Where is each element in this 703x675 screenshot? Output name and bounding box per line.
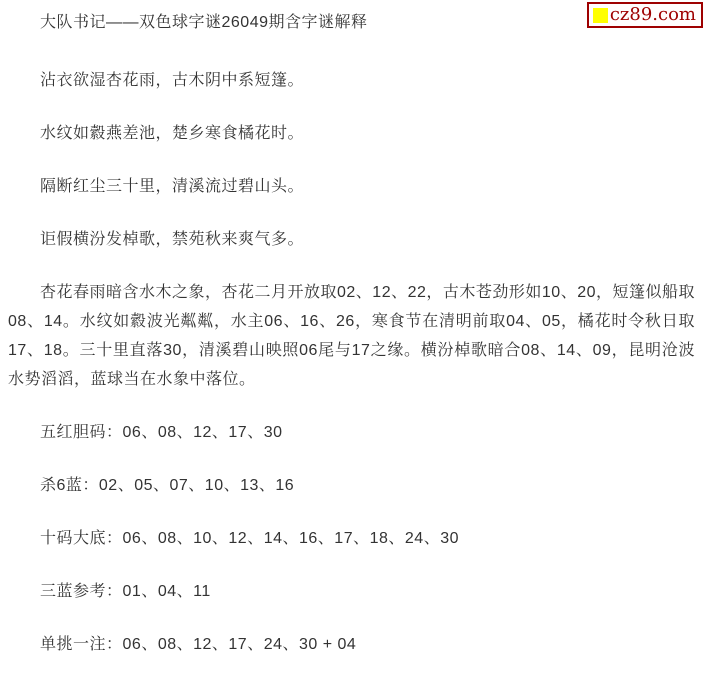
poem-line: 讵假横汾发棹歌，禁苑秋来爽气多。	[8, 225, 695, 254]
recommendation-label: 杀6蓝：	[40, 477, 99, 494]
recommendation-line: 五红胆码：06、08、12、17、30	[8, 418, 695, 447]
recommendation-numbers: 02、05、07、10、13、16	[99, 477, 294, 494]
riddle-explanation: 杏花春雨暗含水木之象，杏花二月开放取02、12、22，古木苍劲形如10、20，短…	[8, 278, 695, 394]
recommendation-numbers: 06、08、10、12、14、16、17、18、24、30	[123, 530, 459, 547]
site-logo-text: cz89.com	[610, 5, 696, 25]
recommendation-numbers: 06、08、12、17、24、30 + 04	[123, 636, 357, 653]
recommendation-label: 单挑一注：	[40, 636, 123, 653]
recommendation-numbers: 06、08、12、17、30	[123, 424, 283, 441]
recommendation-line: 杀6蓝：02、05、07、10、13、16	[8, 471, 695, 500]
article-body: 大队书记——双色球字谜26049期含字谜解释 沾衣欲湿杏花雨，古木阴中系短篷。 …	[0, 0, 703, 659]
poem-line: 水纹如縠燕差池，楚乡寒食橘花时。	[8, 119, 695, 148]
poem-line: 沾衣欲湿杏花雨，古木阴中系短篷。	[8, 66, 695, 95]
recommendation-line: 十码大底：06、08、10、12、14、16、17、18、24、30	[8, 524, 695, 553]
recommendation-numbers: 01、04、11	[123, 583, 211, 600]
poem-line: 隔断红尘三十里，清溪流过碧山头。	[8, 172, 695, 201]
recommendation-line: 三蓝参考：01、04、11	[8, 577, 695, 606]
site-logo[interactable]: cz89.com	[587, 2, 703, 28]
recommendation-line: 单挑一注：06、08、12、17、24、30 + 04	[8, 630, 695, 659]
recommendation-label: 三蓝参考：	[40, 583, 123, 600]
yellow-square-icon	[593, 8, 608, 23]
recommendation-label: 十码大底：	[40, 530, 123, 547]
recommendation-label: 五红胆码：	[40, 424, 123, 441]
